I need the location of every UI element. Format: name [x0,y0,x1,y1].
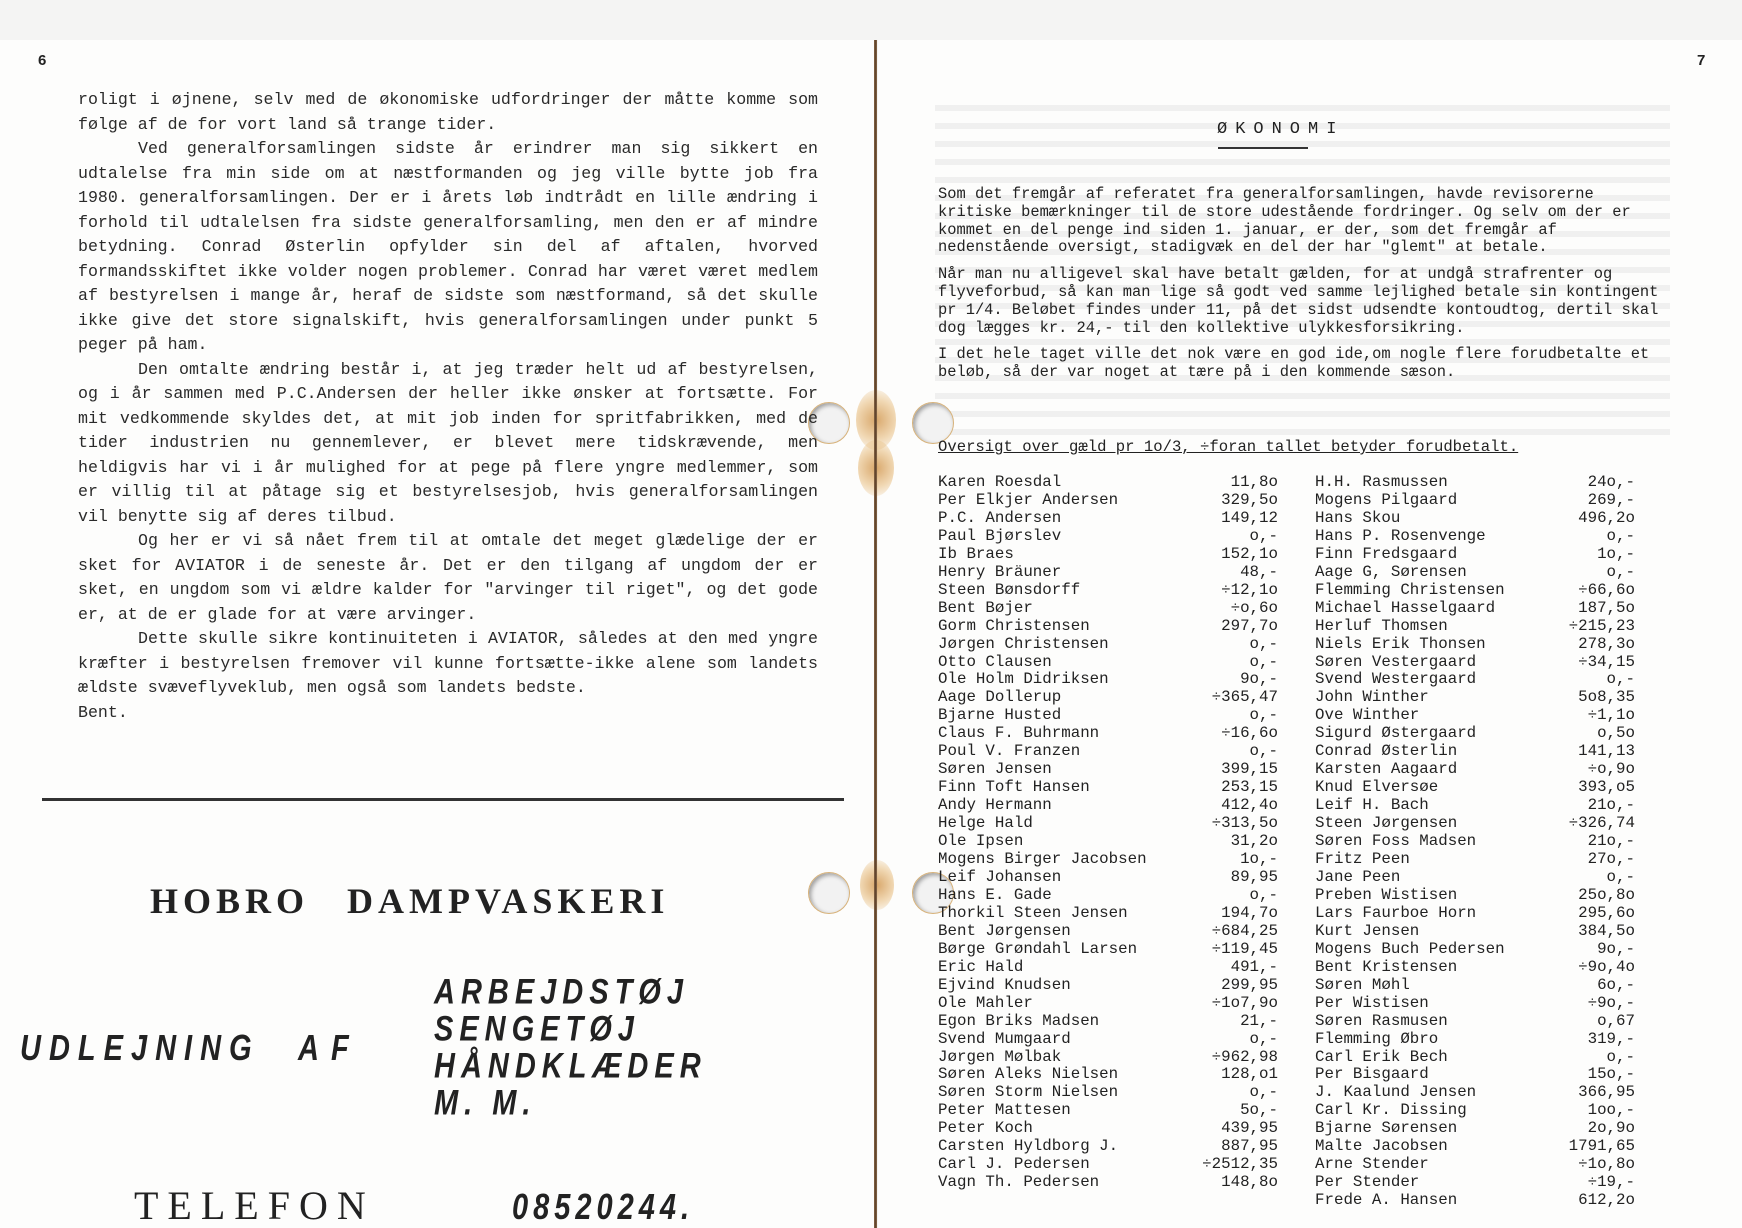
debt-row: Gorm Christensen297,7o [938,618,1278,636]
ad-company-name: HOBRO DAMPVASKERI [150,880,669,922]
debt-row: Aage G, Sørenseno,- [1315,564,1635,582]
member-name: Søren Foss Madsen [1315,833,1547,851]
member-name: Henry Bräuner [938,564,1158,582]
member-name: Aage Dollerup [938,689,1158,707]
rust-stain [860,860,894,910]
section-title: ØKONOMI [1217,120,1344,139]
debt-row: Poul V. Franzeno,- [938,743,1278,761]
debt-row: Jørgen Mølbak÷962,98 [938,1049,1278,1067]
member-name: Herluf Thomsen [1315,618,1547,636]
debt-amount: ÷326,74 [1547,815,1635,833]
debt-row: John Winther5o8,35 [1315,689,1635,707]
debt-amount: 48,- [1158,564,1278,582]
member-name: Carl Kr. Dissing [1315,1102,1547,1120]
ad-phone-number: 08520244. [512,1188,694,1228]
member-name: Karen Roesdal [938,474,1158,492]
debt-row: Per Bisgaard15o,- [1315,1066,1635,1084]
debt-row: Mogens Birger Jacobsen1o,- [938,851,1278,869]
debt-amount: ÷962,98 [1158,1049,1278,1067]
member-name: Hans E. Gade [938,887,1158,905]
debt-row: Karen Roesdal11,8o [938,474,1278,492]
member-name: Gorm Christensen [938,618,1158,636]
debt-amount: o,- [1547,869,1635,887]
debt-amount: 15o,- [1547,1066,1635,1084]
member-name: Ib Braes [938,546,1158,564]
debt-row: Aage Dollerup÷365,47 [938,689,1278,707]
member-name: Eric Hald [938,959,1158,977]
debt-amount: o,- [1158,1031,1278,1049]
debt-row: Søren Storm Nielseno,- [938,1084,1278,1102]
member-name: Bent Jørgensen [938,923,1158,941]
member-name: Sigurd Østergaard [1315,725,1547,743]
member-name: Leif Johansen [938,869,1158,887]
intro-paragraph: I det hele taget ville det nok være en g… [938,346,1668,382]
debt-row: Conrad Østerlin141,13 [1315,743,1635,761]
ad-phone-label: TELEFON [134,1182,375,1228]
debt-amount: 612,2o [1547,1192,1635,1210]
debt-amount: 253,15 [1158,779,1278,797]
debt-amount: o,- [1158,636,1278,654]
debt-amount: 9o,- [1158,671,1278,689]
debt-amount: 149,12 [1158,510,1278,528]
debt-amount: 9o,- [1547,941,1635,959]
debt-amount: 141,13 [1547,743,1635,761]
debt-row: Leif Johansen89,95 [938,869,1278,887]
debt-row: Eric Hald491,- [938,959,1278,977]
debt-amount: 25o,8o [1547,887,1635,905]
debt-row: Per Stender÷19,- [1315,1174,1635,1192]
debt-row: Paul Bjørslevo,- [938,528,1278,546]
debt-amount: 5o8,35 [1547,689,1635,707]
debt-row: Fritz Peen27o,- [1315,851,1635,869]
letter-paragraph: Ved generalforsamlingen sidste år erindr… [78,137,818,358]
punch-hole [808,872,850,914]
debt-amount: 21o,- [1547,833,1635,851]
member-name: Egon Briks Madsen [938,1013,1158,1031]
page-number-right: 7 [1697,52,1705,69]
letter-paragraph: Den omtalte ændring består i, at jeg træ… [78,358,818,530]
debt-row: Michael Hasselgaard187,5o [1315,600,1635,618]
debt-amount: ÷34,15 [1547,654,1635,672]
member-name: Per Bisgaard [1315,1066,1547,1084]
member-name: Søren Rasmusen [1315,1013,1547,1031]
section-divider [42,798,844,801]
member-name: Finn Toft Hansen [938,779,1158,797]
debt-amount: 295,6o [1547,905,1635,923]
debt-row: Frede A. Hansen612,2o [1315,1192,1635,1210]
debt-amount: ÷119,45 [1158,941,1278,959]
debt-amount: 5o,- [1158,1102,1278,1120]
member-name: Lars Faurboe Horn [1315,905,1547,923]
debt-amount: 299,95 [1158,977,1278,995]
member-name: Carl Erik Bech [1315,1049,1547,1067]
member-name: Per Stender [1315,1174,1547,1192]
member-name: Carsten Hyldborg J. [938,1138,1158,1156]
member-name: Ove Winther [1315,707,1547,725]
debt-amount: ÷313,5o [1158,815,1278,833]
chairman-letter: roligt i øjnene, selv med de økonomiske … [78,88,818,725]
debt-amount: 887,95 [1158,1138,1278,1156]
member-name: Per Elkjer Andersen [938,492,1158,510]
debt-row: Ole Ipsen31,2o [938,833,1278,851]
member-name: Fritz Peen [1315,851,1547,869]
binding-spine [874,40,877,1228]
debt-row: Carsten Hyldborg J.887,95 [938,1138,1278,1156]
debt-row: Ole Mahler÷1o7,9o [938,995,1278,1013]
member-name: Helge Hald [938,815,1158,833]
debt-row: Søren Foss Madsen21o,- [1315,833,1635,851]
member-name: Andy Hermann [938,797,1158,815]
member-name: Søren Jensen [938,761,1158,779]
debt-amount: 2o,9o [1547,1120,1635,1138]
member-name: Claus F. Buhrmann [938,725,1158,743]
debt-row: J. Kaalund Jensen366,95 [1315,1084,1635,1102]
member-name: Ejvind Knudsen [938,977,1158,995]
member-name: Flemming Christensen [1315,582,1547,600]
member-name: Bjarne Sørensen [1315,1120,1547,1138]
member-name: Børge Grøndahl Larsen [938,941,1158,959]
debt-row: Andy Hermann412,4o [938,797,1278,815]
page-number-left: 6 [38,52,46,69]
member-name: Poul V. Franzen [938,743,1158,761]
debt-amount: o,- [1547,528,1635,546]
debt-row: Flemming Christensen÷66,6o [1315,582,1635,600]
debt-row: Malte Jacobsen1791,65 [1315,1138,1635,1156]
debt-row: Bjarne Sørensen2o,9o [1315,1120,1635,1138]
debt-row: Mogens Pilgaard269,- [1315,492,1635,510]
debt-amount: 1oo,- [1547,1102,1635,1120]
debt-row: Jørgen Christenseno,- [938,636,1278,654]
debt-row: Knud Elversøe393,o5 [1315,779,1635,797]
member-name: Ole Holm Didriksen [938,671,1158,689]
debt-amount: 319,- [1547,1031,1635,1049]
member-name: Bent Kristensen [1315,959,1547,977]
debt-row: Herluf Thomsen÷215,23 [1315,618,1635,636]
debt-amount: 278,3o [1547,636,1635,654]
debt-row: Ove Winther÷1,1o [1315,707,1635,725]
member-name: Hans P. Rosenvenge [1315,528,1547,546]
debt-amount: ÷215,23 [1547,618,1635,636]
debt-row: Bent Bøjer÷o,6o [938,600,1278,618]
debt-row: Ejvind Knudsen299,95 [938,977,1278,995]
debt-amount: ÷2512,35 [1158,1156,1278,1174]
debt-amount: 439,95 [1158,1120,1278,1138]
debt-amount: 21o,- [1547,797,1635,815]
member-name: Carl J. Pedersen [938,1156,1158,1174]
member-name: Mogens Birger Jacobsen [938,851,1158,869]
debt-row: Søren Jensen399,15 [938,761,1278,779]
member-name: Flemming Øbro [1315,1031,1547,1049]
debt-row: Hans Skou496,2o [1315,510,1635,528]
debt-amount: 496,2o [1547,510,1635,528]
letter-paragraph: Dette skulle sikre kontinuiteten i AVIAT… [78,627,818,701]
member-name: Per Wistisen [1315,995,1547,1013]
debt-row: Bent Jørgensen÷684,25 [938,923,1278,941]
debt-amount: ÷684,25 [1158,923,1278,941]
debt-amount: o,- [1547,564,1635,582]
member-name: Knud Elversøe [1315,779,1547,797]
ad-item: M. M. [434,1082,707,1126]
debt-row: Bent Kristensen÷9o,4o [1315,959,1635,977]
intro-paragraph: Når man nu alligevel skal have betalt gæ… [938,266,1668,337]
debt-row: Egon Briks Madsen21,- [938,1013,1278,1031]
member-name: Michael Hasselgaard [1315,600,1547,618]
debt-amount: 1o,- [1547,546,1635,564]
debt-row: Niels Erik Thonsen278,3o [1315,636,1635,654]
debt-amount: 269,- [1547,492,1635,510]
member-name: Jørgen Christensen [938,636,1158,654]
member-name: Søren Aleks Nielsen [938,1066,1158,1084]
member-name: Preben Wistisen [1315,887,1547,905]
member-name: Søren Vestergaard [1315,654,1547,672]
debt-row: Vagn Th. Pedersen148,8o [938,1174,1278,1192]
title-underline [1218,147,1308,149]
member-name: Conrad Østerlin [1315,743,1547,761]
debt-amount: 152,1o [1158,546,1278,564]
debt-amount: 24o,- [1547,474,1635,492]
debt-amount: 366,95 [1547,1084,1635,1102]
debt-amount: 1o,- [1158,851,1278,869]
ad-of-label: AF [298,1029,361,1070]
member-name: Søren Storm Nielsen [938,1084,1158,1102]
debt-amount: ÷o,6o [1158,600,1278,618]
debt-amount: ÷12,1o [1158,582,1278,600]
debt-row: Carl Kr. Dissing1oo,- [1315,1102,1635,1120]
debt-amount: 27o,- [1547,851,1635,869]
debt-amount: 393,o5 [1547,779,1635,797]
member-name: Søren Møhl [1315,977,1547,995]
debt-row: Otto Clauseno,- [938,654,1278,672]
debt-row: Per Elkjer Andersen329,5o [938,492,1278,510]
debt-row: Finn Toft Hansen253,15 [938,779,1278,797]
debt-row: Carl Erik Becho,- [1315,1049,1635,1067]
debt-amount: 21,- [1158,1013,1278,1031]
member-name: Aage G, Sørensen [1315,564,1547,582]
ad-rental-label: UDLEJNING [20,1029,260,1070]
debt-row: Kurt Jensen384,5o [1315,923,1635,941]
debt-row: Svend Mumgaardo,- [938,1031,1278,1049]
debt-row: Ib Braes152,1o [938,546,1278,564]
member-name: Mogens Pilgaard [1315,492,1547,510]
debt-amount: 11,8o [1158,474,1278,492]
debt-amount: o,- [1158,887,1278,905]
debt-row: Svend Westergaardo,- [1315,671,1635,689]
debt-row: Preben Wistisen25o,8o [1315,887,1635,905]
debt-row: Bjarne Hustedo,- [938,707,1278,725]
debt-amount: 148,8o [1158,1174,1278,1192]
debt-row: Leif H. Bach21o,- [1315,797,1635,815]
ad-items-list: ARBEJDSTØJ SENGETØJ HÅNDKLÆDER M. M. [434,975,707,1123]
debt-row: Børge Grøndahl Larsen÷119,45 [938,941,1278,959]
debt-row: Thorkil Steen Jensen194,7o [938,905,1278,923]
member-name: Peter Koch [938,1120,1158,1138]
member-name: P.C. Andersen [938,510,1158,528]
debt-amount: ÷1o,8o [1547,1156,1635,1174]
debt-row: Per Wistisen÷9o,- [1315,995,1635,1013]
member-name: Ole Ipsen [938,833,1158,851]
debt-row: Claus F. Buhrmann÷16,6o [938,725,1278,743]
member-name: Bent Bøjer [938,600,1158,618]
debt-amount: o,5o [1547,725,1635,743]
member-name: Mogens Buch Pedersen [1315,941,1547,959]
debt-amount: o,67 [1547,1013,1635,1031]
debt-amount: 89,95 [1158,869,1278,887]
intro-paragraph: Som det fremgår af referatet fra general… [938,186,1668,257]
debt-row: Mogens Buch Pedersen9o,- [1315,941,1635,959]
member-name: Jørgen Mølbak [938,1049,1158,1067]
debt-amount: ÷1o7,9o [1158,995,1278,1013]
debt-amount: 297,7o [1158,618,1278,636]
debt-row: Peter Koch439,95 [938,1120,1278,1138]
member-name: Ole Mahler [938,995,1158,1013]
debt-amount: 329,5o [1158,492,1278,510]
debt-amount: o,- [1547,1049,1635,1067]
debt-row: H.H. Rasmussen24o,- [1315,474,1635,492]
debt-amount: o,- [1158,1084,1278,1102]
debt-row: Karsten Aagaard÷o,9o [1315,761,1635,779]
member-name: Malte Jacobsen [1315,1138,1547,1156]
debt-row: Steen Jørgensen÷326,74 [1315,815,1635,833]
member-name: Jane Peen [1315,869,1547,887]
debt-row: Carl J. Pedersen÷2512,35 [938,1156,1278,1174]
member-name: J. Kaalund Jensen [1315,1084,1547,1102]
debt-row: Finn Fredsgaard1o,- [1315,546,1635,564]
debt-amount: ÷365,47 [1158,689,1278,707]
member-name: Frede A. Hansen [1315,1192,1547,1210]
member-name: Hans Skou [1315,510,1547,528]
debt-amount: o,- [1547,671,1635,689]
member-name: Niels Erik Thonsen [1315,636,1547,654]
debt-amount: 399,15 [1158,761,1278,779]
debt-row: Steen Bønsdorff÷12,1o [938,582,1278,600]
member-name: Svend Mumgaard [938,1031,1158,1049]
debt-row: Lars Faurboe Horn295,6o [1315,905,1635,923]
debt-amount: ÷19,- [1547,1174,1635,1192]
member-name: Vagn Th. Pedersen [938,1174,1158,1192]
debt-amount: ÷1,1o [1547,707,1635,725]
debt-amount: o,- [1158,743,1278,761]
debt-amount: 6o,- [1547,977,1635,995]
member-name: Finn Fredsgaard [1315,546,1547,564]
debt-amount: o,- [1158,528,1278,546]
letter-paragraph: Og her er vi så nået frem til at omtale … [78,529,818,627]
member-name: John Winther [1315,689,1547,707]
debt-amount: o,- [1158,654,1278,672]
member-name: Svend Westergaard [1315,671,1547,689]
debt-amount: 194,7o [1158,905,1278,923]
member-name: Paul Bjørslev [938,528,1158,546]
debt-amount: ÷16,6o [1158,725,1278,743]
debt-row: Søren Vestergaard÷34,15 [1315,654,1635,672]
debt-list-right: H.H. Rasmussen24o,-Mogens Pilgaard269,-H… [1315,474,1635,1210]
member-name: Thorkil Steen Jensen [938,905,1158,923]
member-name: Arne Stender [1315,1156,1547,1174]
member-name: Bjarne Husted [938,707,1158,725]
member-name: Steen Bønsdorff [938,582,1158,600]
member-name: Otto Clausen [938,654,1158,672]
debt-amount: 1791,65 [1547,1138,1635,1156]
debt-amount: o,- [1158,707,1278,725]
debt-amount: ÷9o,4o [1547,959,1635,977]
debt-amount: 128,o1 [1158,1066,1278,1084]
debt-row: Arne Stender÷1o,8o [1315,1156,1635,1174]
debt-overview-heading: Oversigt over gæld pr 1o/3, ÷foran talle… [938,438,1518,456]
member-name: Peter Mattesen [938,1102,1158,1120]
debt-amount: 491,- [1158,959,1278,977]
debt-row: Ole Holm Didriksen9o,- [938,671,1278,689]
debt-row: Peter Mattesen5o,- [938,1102,1278,1120]
member-name: Kurt Jensen [1315,923,1547,941]
member-name: Steen Jørgensen [1315,815,1547,833]
debt-row: P.C. Andersen149,12 [938,510,1278,528]
debt-amount: 384,5o [1547,923,1635,941]
debt-amount: 412,4o [1158,797,1278,815]
debt-row: Hans P. Rosenvengeo,- [1315,528,1635,546]
debt-row: Helge Hald÷313,5o [938,815,1278,833]
debt-row: Søren Rasmuseno,67 [1315,1013,1635,1031]
debt-row: Hans E. Gadeo,- [938,887,1278,905]
debt-row: Jane Peeno,- [1315,869,1635,887]
member-name: Karsten Aagaard [1315,761,1547,779]
letter-signature: Bent. [78,701,818,726]
debt-row: Søren Aleks Nielsen128,o1 [938,1066,1278,1084]
member-name: Leif H. Bach [1315,797,1547,815]
debt-amount: ÷9o,- [1547,995,1635,1013]
debt-list-left: Karen Roesdal11,8oPer Elkjer Andersen329… [938,474,1278,1192]
member-name: H.H. Rasmussen [1315,474,1547,492]
debt-amount: 187,5o [1547,600,1635,618]
debt-row: Søren Møhl6o,- [1315,977,1635,995]
letter-paragraph: roligt i øjnene, selv med de økonomiske … [78,88,818,137]
debt-amount: 31,2o [1158,833,1278,851]
debt-amount: ÷o,9o [1547,761,1635,779]
debt-row: Flemming Øbro319,- [1315,1031,1635,1049]
debt-row: Henry Bräuner48,- [938,564,1278,582]
debt-amount: ÷66,6o [1547,582,1635,600]
debt-row: Sigurd Østergaardo,5o [1315,725,1635,743]
economy-intro: Som det fremgår af referatet fra general… [938,186,1668,391]
